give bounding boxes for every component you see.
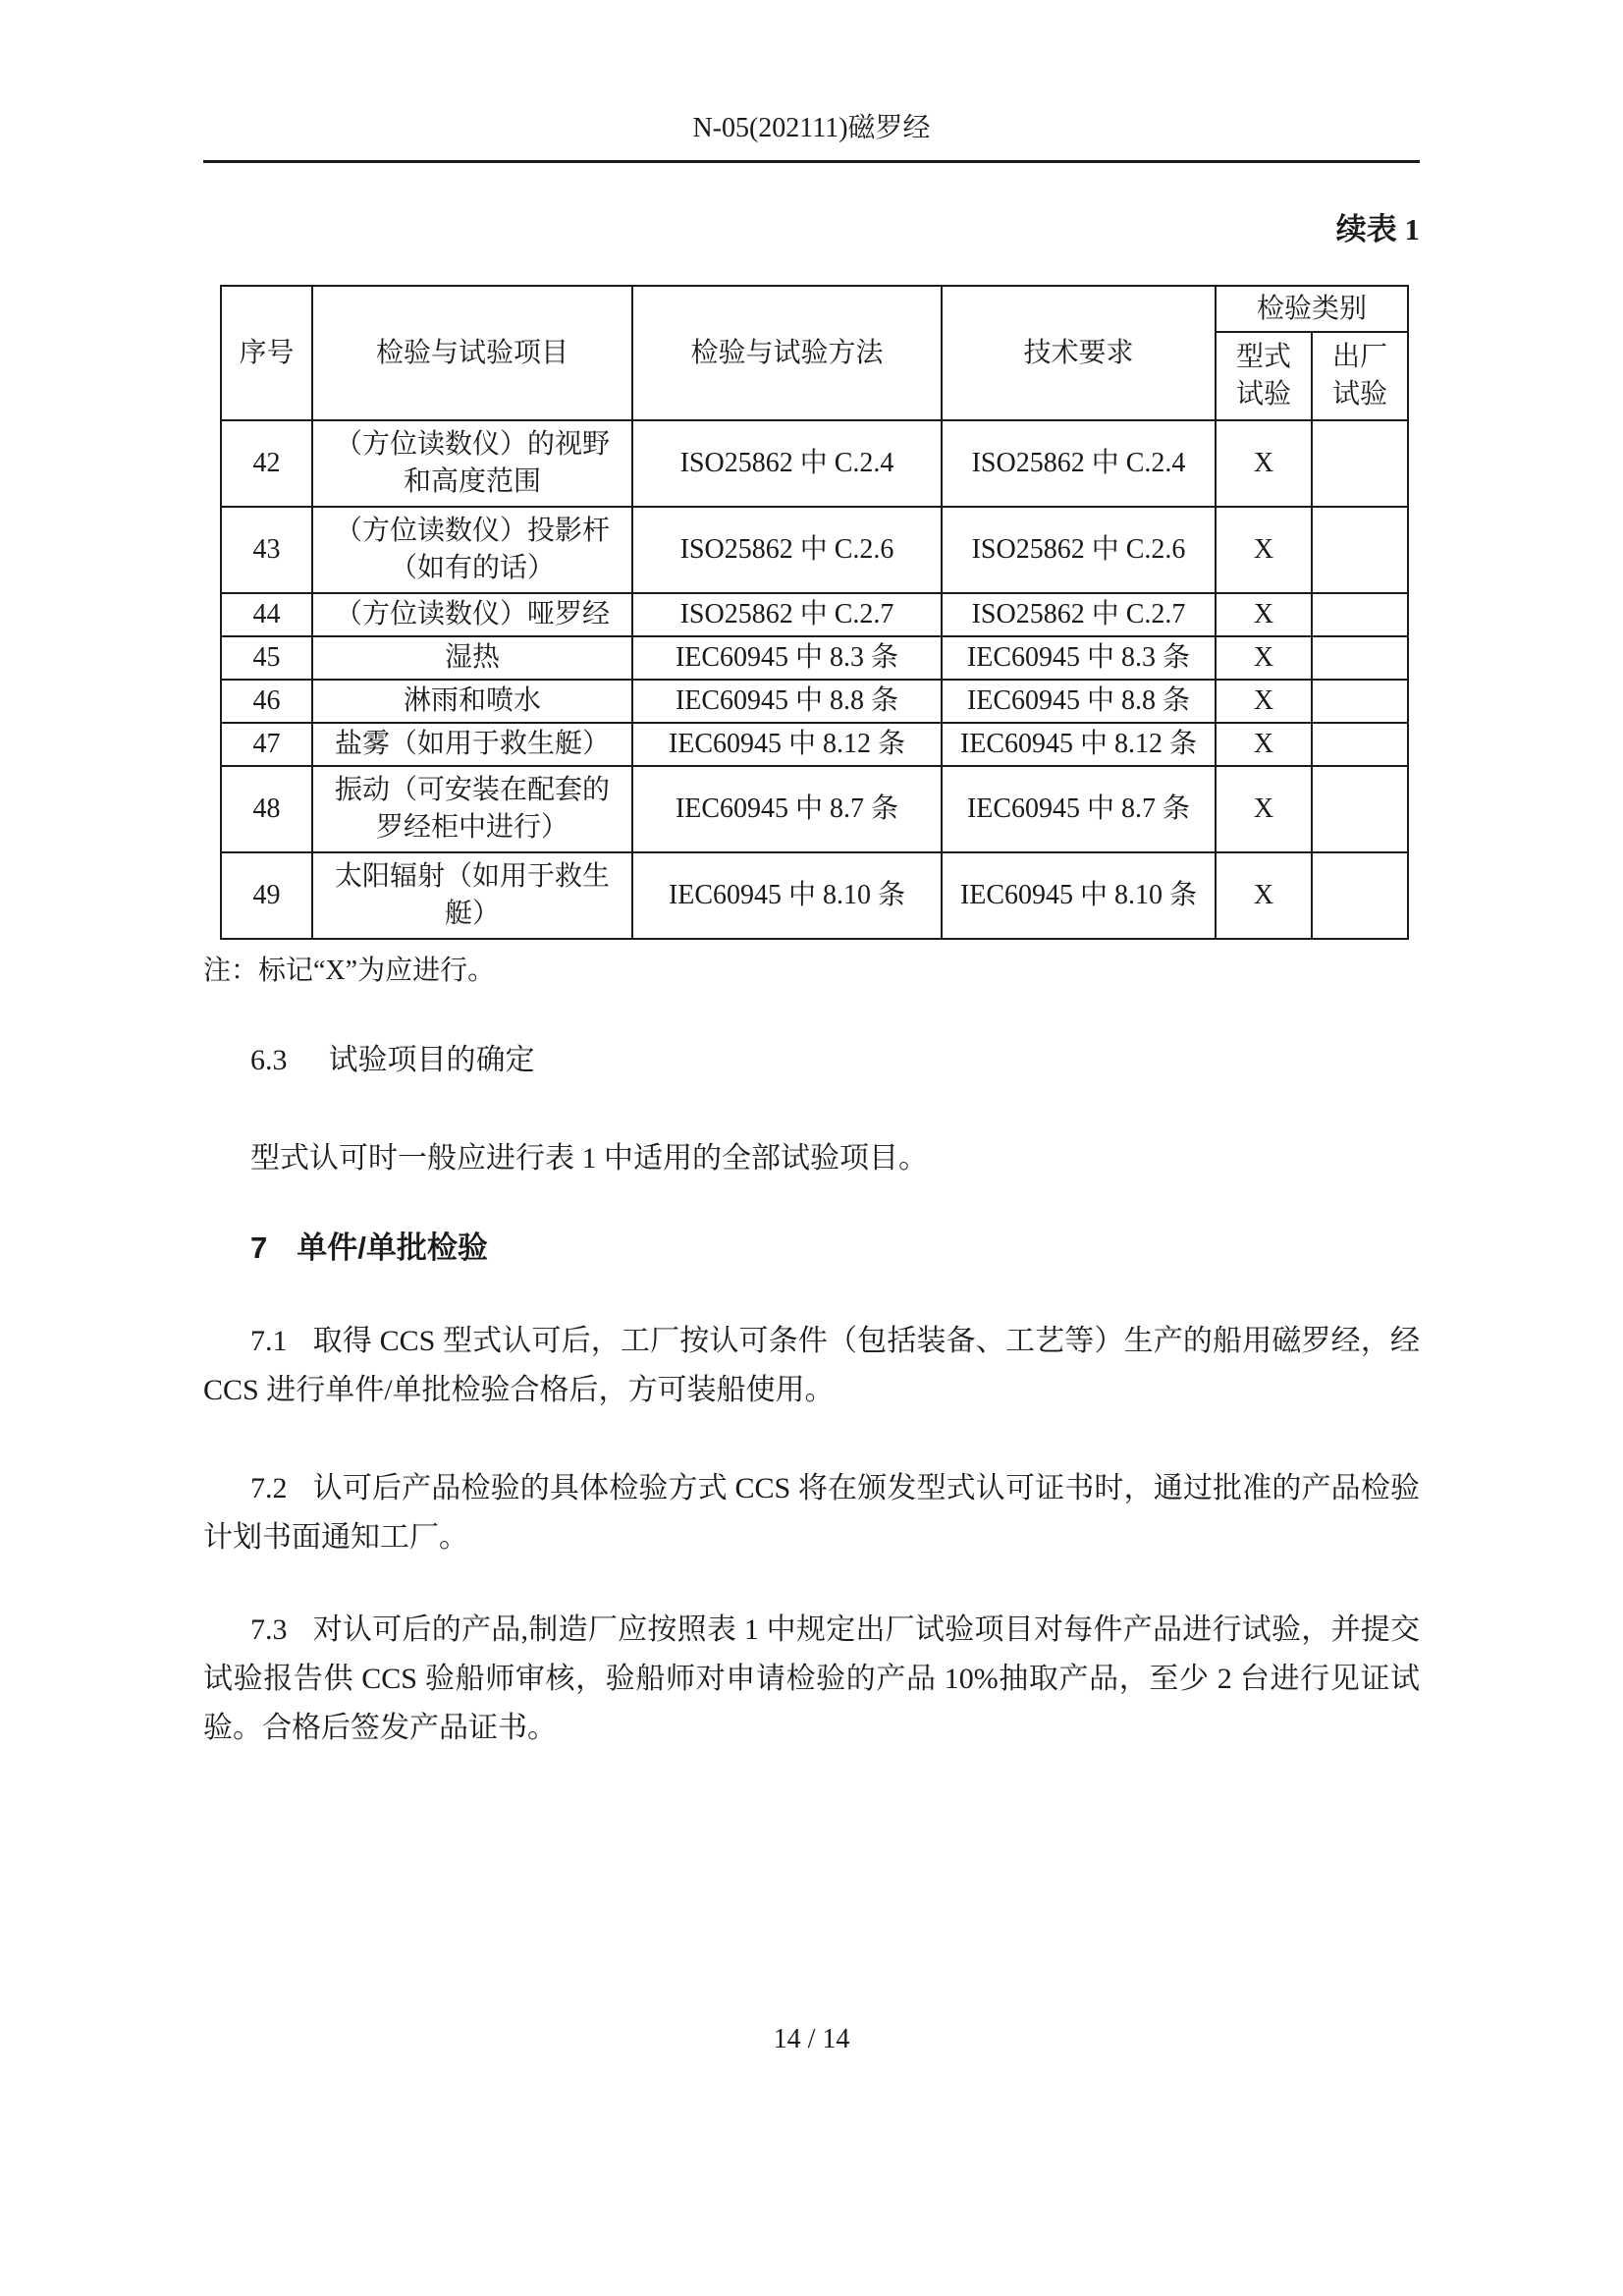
col-header-requirement: 技术要求 — [942, 286, 1216, 420]
table-row: 48 振动（可安装在配套的罗经柜中进行） IEC60945 中 8.7 条 IE… — [221, 766, 1408, 852]
section-6-3-number: 6.3 — [250, 1044, 288, 1076]
cell-requirement: IEC60945 中 8.10 条 — [942, 852, 1216, 939]
cell-type-test: X — [1216, 507, 1312, 593]
cell-factory-test — [1312, 420, 1408, 507]
section-7-number: 7 — [250, 1230, 267, 1265]
cell-requirement: IEC60945 中 8.7 条 — [942, 766, 1216, 852]
table-row: 47 盐雾（如用于救生艇） IEC60945 中 8.12 条 IEC60945… — [221, 723, 1408, 766]
table-header: 序号 检验与试验项目 检验与试验方法 技术要求 检验类别 型式 试验 出厂 试验 — [221, 286, 1408, 420]
table-row: 45 湿热 IEC60945 中 8.3 条 IEC60945 中 8.3 条 … — [221, 636, 1408, 680]
cell-type-test: X — [1216, 680, 1312, 723]
cell-requirement: ISO25862 中 C.2.6 — [942, 507, 1216, 593]
section-7-title: 单件/单批检验 — [297, 1230, 488, 1265]
cell-method: ISO25862 中 C.2.4 — [632, 420, 942, 507]
cell-factory-test — [1312, 852, 1408, 939]
col-header-item: 检验与试验项目 — [312, 286, 632, 420]
col-header-method: 检验与试验方法 — [632, 286, 942, 420]
table-note: 注：标记“X”为应进行。 — [203, 954, 1420, 989]
cell-seq: 43 — [221, 507, 312, 593]
cell-item: 振动（可安装在配套的罗经柜中进行） — [312, 766, 632, 852]
content-area: N-05(202111)磁罗经 续表 1 序号 检验与试验项目 检验与试验方法 … — [203, 0, 1420, 1753]
col-header-type-test: 型式 试验 — [1216, 332, 1312, 420]
cell-seq: 42 — [221, 420, 312, 507]
paragraph-7-3-number: 7.3 — [250, 1613, 288, 1646]
cell-factory-test — [1312, 636, 1408, 680]
cell-seq: 47 — [221, 723, 312, 766]
cell-factory-test — [1312, 507, 1408, 593]
cell-method: IEC60945 中 8.8 条 — [632, 680, 942, 723]
paragraph-7-2-number: 7.2 — [250, 1472, 288, 1504]
cell-type-test: X — [1216, 593, 1312, 636]
paragraph-7-1-number: 7.1 — [250, 1325, 288, 1357]
cell-method: IEC60945 中 8.7 条 — [632, 766, 942, 852]
page-number: 14 / 14 — [0, 2023, 1623, 2056]
section-6-3-title: 试验项目的确定 — [329, 1044, 535, 1076]
cell-factory-test — [1312, 593, 1408, 636]
cell-item: 淋雨和喷水 — [312, 680, 632, 723]
paragraph-7-2: 7.2认可后产品检验的具体检验方式 CCS 将在颁发型式认可证书时，通过批准的产… — [203, 1464, 1420, 1562]
table-header-row-1: 序号 检验与试验项目 检验与试验方法 技术要求 检验类别 — [221, 286, 1408, 332]
cell-seq: 46 — [221, 680, 312, 723]
table-row: 44 （方位读数仪）哑罗经 ISO25862 中 C.2.7 ISO25862 … — [221, 593, 1408, 636]
cell-seq: 45 — [221, 636, 312, 680]
cell-method: IEC60945 中 8.10 条 — [632, 852, 942, 939]
col-header-factory-test: 出厂 试验 — [1312, 332, 1408, 420]
section-heading-7: 7单件/单批检验 — [250, 1229, 1420, 1268]
table-row: 43 （方位读数仪）投影杆（如有的话） ISO25862 中 C.2.6 ISO… — [221, 507, 1408, 593]
paragraph-7-3-text: 对认可后的产品,制造厂应按照表 1 中规定出厂试验项目对每件产品进行试验，并提交… — [203, 1613, 1420, 1744]
cell-seq: 44 — [221, 593, 312, 636]
inspection-table: 序号 检验与试验项目 检验与试验方法 技术要求 检验类别 型式 试验 出厂 试验… — [220, 285, 1409, 940]
cell-method: ISO25862 中 C.2.7 — [632, 593, 942, 636]
cell-factory-test — [1312, 723, 1408, 766]
cell-item: 湿热 — [312, 636, 632, 680]
cell-item: 太阳辐射（如用于救生艇） — [312, 852, 632, 939]
document-header: N-05(202111)磁罗经 — [203, 0, 1420, 163]
cell-method: IEC60945 中 8.3 条 — [632, 636, 942, 680]
cell-type-test: X — [1216, 852, 1312, 939]
cell-type-test: X — [1216, 420, 1312, 507]
document-page: N-05(202111)磁罗经 续表 1 序号 检验与试验项目 检验与试验方法 … — [0, 0, 1623, 2296]
paragraph-7-2-text: 认可后产品检验的具体检验方式 CCS 将在颁发型式认可证书时，通过批准的产品检验… — [203, 1472, 1420, 1554]
table-body: 42 （方位读数仪）的视野和高度范围 ISO25862 中 C.2.4 ISO2… — [221, 420, 1408, 939]
cell-item: 盐雾（如用于救生艇） — [312, 723, 632, 766]
paragraph-6-3: 型式认可时一般应进行表 1 中适用的全部试验项目。 — [203, 1134, 1420, 1183]
cell-type-test: X — [1216, 636, 1312, 680]
col-header-seq: 序号 — [221, 286, 312, 420]
cell-item: （方位读数仪）的视野和高度范围 — [312, 420, 632, 507]
cell-requirement: ISO25862 中 C.2.4 — [942, 420, 1216, 507]
cell-seq: 49 — [221, 852, 312, 939]
table-row: 46 淋雨和喷水 IEC60945 中 8.8 条 IEC60945 中 8.8… — [221, 680, 1408, 723]
table-row: 49 太阳辐射（如用于救生艇） IEC60945 中 8.10 条 IEC609… — [221, 852, 1408, 939]
cell-requirement: IEC60945 中 8.8 条 — [942, 680, 1216, 723]
cell-requirement: ISO25862 中 C.2.7 — [942, 593, 1216, 636]
section-heading-6-3: 6.3试验项目的确定 — [250, 1042, 1420, 1079]
table-row: 42 （方位读数仪）的视野和高度范围 ISO25862 中 C.2.4 ISO2… — [221, 420, 1408, 507]
cell-requirement: IEC60945 中 8.12 条 — [942, 723, 1216, 766]
table-continuation-label: 续表 1 — [203, 212, 1420, 247]
cell-item: （方位读数仪）哑罗经 — [312, 593, 632, 636]
cell-type-test: X — [1216, 723, 1312, 766]
cell-requirement: IEC60945 中 8.3 条 — [942, 636, 1216, 680]
paragraph-7-3: 7.3对认可后的产品,制造厂应按照表 1 中规定出厂试验项目对每件产品进行试验，… — [203, 1606, 1420, 1753]
col-header-category: 检验类别 — [1216, 286, 1408, 332]
paragraph-7-1: 7.1取得 CCS 型式认可后，工厂按认可条件（包括装备、工艺等）生产的船用磁罗… — [203, 1317, 1420, 1415]
cell-factory-test — [1312, 680, 1408, 723]
document-title: N-05(202111)磁罗经 — [203, 112, 1420, 144]
cell-factory-test — [1312, 766, 1408, 852]
cell-type-test: X — [1216, 766, 1312, 852]
cell-item: （方位读数仪）投影杆（如有的话） — [312, 507, 632, 593]
cell-method: ISO25862 中 C.2.6 — [632, 507, 942, 593]
paragraph-7-1-text: 取得 CCS 型式认可后，工厂按认可条件（包括装备、工艺等）生产的船用磁罗经，经… — [203, 1325, 1420, 1406]
cell-seq: 48 — [221, 766, 312, 852]
cell-method: IEC60945 中 8.12 条 — [632, 723, 942, 766]
